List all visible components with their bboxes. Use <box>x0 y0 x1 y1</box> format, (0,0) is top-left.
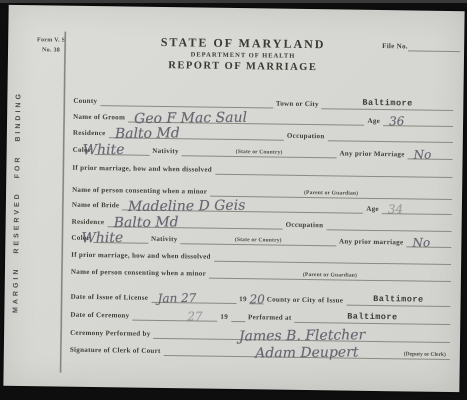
license-date-line: Jan 27 <box>151 293 236 304</box>
groom-prior-handwriting: No <box>414 148 432 162</box>
binding-margin-line <box>60 32 67 373</box>
performed-at-label: Performed at <box>248 313 292 323</box>
issue-place-label: County or City of Issue <box>267 295 344 305</box>
groom-occupation-label: Occupation <box>287 132 325 142</box>
groom-name-handwriting: Geo F Mac Saul <box>134 110 247 127</box>
bride-color-handwriting: White <box>81 230 123 247</box>
ceremony-date-label: Date of Ceremony <box>70 311 129 321</box>
performed-at-line: Baltimore <box>294 313 450 325</box>
row-groom-color: Color White Nativity (State or Country) … <box>73 145 453 160</box>
bride-consent-blank: (Parent or Guardian) <box>209 269 451 282</box>
bride-name-label: Name of Bride <box>72 201 120 211</box>
bride-residence-label: Residence <box>72 218 105 227</box>
performed-at-value: Baltimore <box>347 312 398 323</box>
groom-name-label: Name of Groom <box>73 113 125 123</box>
issue-place-line: Baltimore <box>346 296 451 307</box>
bride-color-line: White <box>93 233 148 244</box>
row-groom-dissolved: If prior marriage, how and when dissolve… <box>72 163 452 178</box>
groom-consent-label: Name of person consenting when a minor <box>72 186 207 197</box>
row-bride-consent: Name of person consenting when a minor (… <box>71 267 451 282</box>
license-date-handwriting: Jan 27 <box>157 291 196 305</box>
document-paper: Form V. S No. 38 MARGIN RESERVED FOR BIN… <box>3 5 464 392</box>
bride-residence-handwriting: Balto Md <box>113 214 178 231</box>
groom-consent-hint: (Parent or Guardian) <box>304 190 358 197</box>
ceremony-date-line: 27 <box>132 311 217 322</box>
groom-nativity-label: Nativity <box>152 147 179 156</box>
document-title: STATE OF MARYLAND <box>138 35 348 53</box>
license-year-prefix: 19 <box>239 295 247 304</box>
bride-consent-hint: (Parent or Guardian) <box>303 272 357 279</box>
groom-prior-line: No <box>408 149 453 160</box>
groom-residence-line: Balto Md <box>108 128 284 140</box>
row-bride-color: Color White Nativity (State or Country) … <box>71 233 451 248</box>
document-header: STATE OF MARYLAND DEPARTMENT OF HEALTH R… <box>138 35 348 74</box>
row-ceremony: Date of Ceremony 27 19 Performed at Balt… <box>70 310 450 325</box>
town-value: Baltimore <box>362 98 413 109</box>
county-label: County <box>73 97 97 106</box>
bride-age-handwriting: 34 <box>388 202 403 216</box>
binding-margin-note: MARGIN RESERVED FOR BINDING <box>12 113 22 313</box>
bride-name-line: Madeline D Geis <box>122 200 363 213</box>
groom-age-line: 36 <box>383 116 453 127</box>
clerk-signature-handwriting: Adam Deupert <box>255 344 358 361</box>
bride-prior-label: Any prior marriage <box>339 237 403 247</box>
file-number-blank <box>408 42 460 52</box>
row-license: Date of Issue of License Jan 27 19 20 Co… <box>71 292 451 307</box>
groom-occupation-blank <box>327 131 452 143</box>
groom-nativity-hint: (State or Country) <box>236 149 283 156</box>
document-subtitle2: REPORT OF MARRIAGE <box>138 60 348 74</box>
scanner-edge <box>0 0 467 3</box>
town-label: Town or City <box>276 100 319 110</box>
form-number-line1: Form V. S <box>28 35 74 46</box>
bride-prior-line: No <box>406 237 451 248</box>
groom-color-line: White <box>94 145 149 156</box>
bride-occupation-label: Occupation <box>286 221 324 231</box>
issue-place-value: Baltimore <box>373 294 424 305</box>
bride-name-handwriting: Madeline D Geis <box>128 198 246 215</box>
bride-nativity-blank: (State or Country) <box>180 234 336 246</box>
row-groom-consent: Name of person consenting when a minor (… <box>72 185 452 200</box>
row-performed-by: Ceremony Performed by James B. Fletcher <box>70 328 450 343</box>
row-bride-name: Name of Bride Madeline D Geis Age 34 <box>72 200 452 215</box>
groom-dissolved-label: If prior marriage, how and when dissolve… <box>72 164 212 175</box>
town-value-line: Baltimore <box>322 99 454 111</box>
performed-by-handwriting: James B. Fletcher <box>239 327 365 345</box>
file-number-label: File No. <box>382 42 408 51</box>
license-year-line: 20 <box>250 294 264 304</box>
bride-occupation-blank <box>326 220 451 232</box>
groom-consent-blank: (Parent or Guardian) <box>210 187 452 200</box>
clerk-label: Signature of Clerk of Court <box>70 346 161 356</box>
groom-residence-handwriting: Balto Md <box>114 125 179 142</box>
bride-age-line: 34 <box>382 204 452 215</box>
row-groom-name: Name of Groom Geo F Mac Saul Age 36 <box>73 112 453 127</box>
clerk-hint: (Deputy or Clerk) <box>404 351 446 358</box>
bride-nativity-hint: (State or Country) <box>235 237 282 244</box>
groom-age-label: Age <box>367 117 380 126</box>
form-number-stamp: Form V. S No. 38 <box>28 35 74 56</box>
bride-nativity-label: Nativity <box>151 235 178 244</box>
ceremony-year-blank <box>231 312 245 322</box>
bride-consent-label: Name of person consenting when a minor <box>71 268 206 279</box>
groom-age-handwriting: 36 <box>389 114 404 128</box>
groom-residence-label: Residence <box>73 129 106 138</box>
license-year-handwriting: 20 <box>250 292 265 306</box>
row-bride-residence: Residence Balto Md Occupation <box>72 217 452 232</box>
row-county-town: County Town or City Baltimore <box>73 96 453 111</box>
file-number-field: File No. <box>382 42 460 52</box>
groom-color-handwriting: White <box>82 142 124 159</box>
groom-name-line: Geo F Mac Saul <box>128 113 365 126</box>
performed-by-label: Ceremony Performed by <box>70 329 151 339</box>
clerk-signature-line: Adam Deupert (Deputy or Clerk) <box>164 346 450 360</box>
row-clerk-signature: Signature of Clerk of Court Adam Deupert… <box>70 345 450 360</box>
county-blank <box>100 96 273 108</box>
scanned-marriage-record: { "stamp": { "line1": "Form V. S", "line… <box>0 0 467 400</box>
performed-by-line: James B. Fletcher <box>153 329 450 343</box>
ceremony-year-prefix: 19 <box>220 313 228 322</box>
bride-prior-handwriting: No <box>412 236 430 250</box>
form-number-line2: No. 38 <box>28 45 74 56</box>
bride-dissolved-label: If prior marriage, how and when dissolve… <box>71 251 211 262</box>
bride-age-label: Age <box>366 205 379 214</box>
groom-nativity-blank: (State or Country) <box>182 146 337 158</box>
row-groom-residence: Residence Balto Md Occupation <box>73 128 453 143</box>
row-bride-dissolved: If prior marriage, how and when dissolve… <box>71 250 451 265</box>
bride-residence-line: Balto Md <box>107 217 283 229</box>
groom-prior-label: Any prior Marriage <box>339 149 404 159</box>
license-date-label: Date of Issue of License <box>71 293 149 303</box>
ceremony-date-handwriting: 27 <box>187 309 202 323</box>
bride-dissolved-blank <box>214 252 452 265</box>
groom-dissolved-blank <box>215 165 453 178</box>
